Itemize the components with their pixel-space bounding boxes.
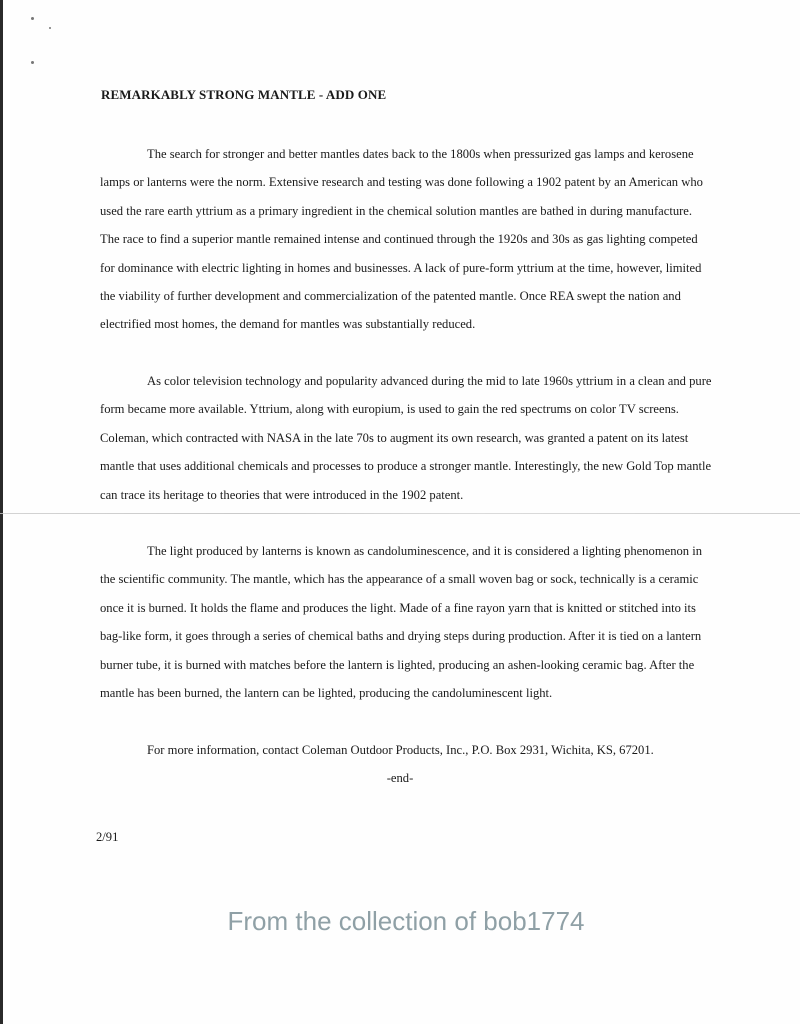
end-mark: -end- [0,771,800,786]
contact-paragraph: For more information, contact Coleman Ou… [100,736,712,764]
paper-fold-line [0,513,800,514]
scan-page-edge [0,0,3,1024]
paragraph-text: The search for stronger and better mantl… [100,140,712,339]
paragraph-1: The search for stronger and better mantl… [100,140,712,339]
collection-watermark: From the collection of bob1774 [0,906,800,937]
scan-speck [49,27,51,29]
paragraph-text: The light produced by lanterns is known … [100,537,712,707]
document-date: 2/91 [96,830,118,845]
scan-speck [31,17,34,20]
paragraph-text: For more information, contact Coleman Ou… [100,736,712,764]
scan-speck [31,61,34,64]
paragraph-3: The light produced by lanterns is known … [100,537,712,707]
paragraph-2: As color television technology and popul… [100,367,712,509]
document-title: REMARKABLY STRONG MANTLE - ADD ONE [101,87,386,103]
paragraph-text: As color television technology and popul… [100,367,712,509]
